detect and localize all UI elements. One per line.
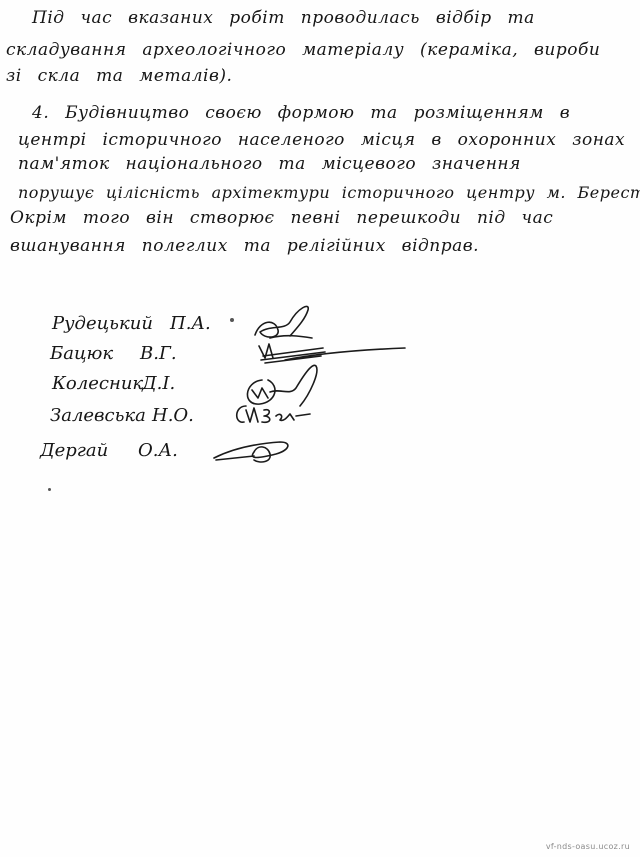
text-line: порушує цілісність архітектури історично… — [18, 183, 640, 202]
signatory-name: Бацюк — [50, 343, 113, 364]
signature-4 — [232, 400, 322, 430]
signatory-initials: Н.О. — [152, 405, 194, 426]
signatory-initials: П.А. — [170, 313, 211, 334]
text-line: 4. Будівництво своєю формою та розміщенн… — [32, 103, 570, 123]
signatory-initials: Д.І. — [142, 373, 175, 394]
text-line: Під час вказаних робіт проводилась відбі… — [32, 8, 535, 28]
watermark: vf-nds-oasu.ucoz.ru — [546, 842, 630, 851]
signatory-name: Колесник — [52, 373, 143, 394]
signatory-name: Залевська — [50, 405, 146, 426]
signatory-name: Рудецький — [52, 313, 153, 334]
handwritten-document-page: Під час вказаних робіт проводилась відбі… — [0, 0, 640, 857]
signatory-initials: В.Г. — [140, 343, 177, 364]
text-line: вшанування полеглих та релігійних відпра… — [10, 236, 479, 256]
text-line: центрі історичного населеного місця в ох… — [18, 130, 625, 150]
ink-dot — [230, 318, 234, 322]
text-line: пам'яток національного та місцевого знач… — [18, 154, 521, 174]
text-line: зі скла та металів). — [6, 66, 232, 86]
ink-dot — [48, 488, 51, 491]
signatory-initials: О.А. — [138, 440, 178, 461]
text-line: Окрім того він створює певні перешкоди п… — [10, 208, 553, 228]
signatory-name: Дергай — [40, 440, 108, 461]
text-line: складування археологічного матеріалу (ке… — [6, 40, 600, 60]
signature-5 — [210, 436, 295, 466]
